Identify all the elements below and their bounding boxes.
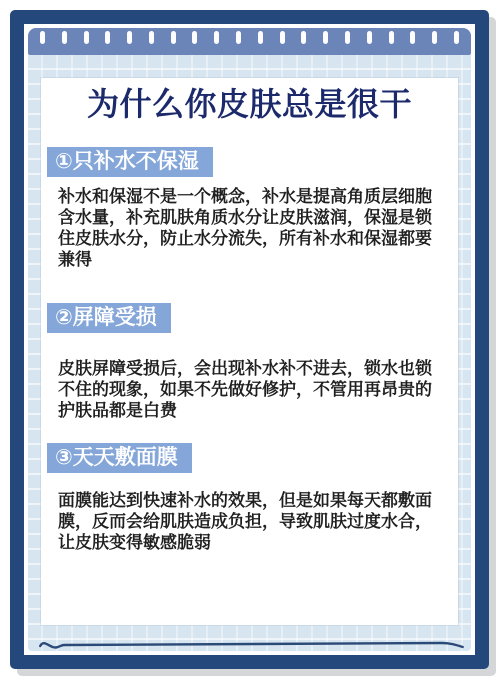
binding-loop-icon <box>192 31 197 44</box>
section-body: 皮肤屏障受损后，会出现补水补不进去，锁水也锁不住的现象，如果不先做好修护，不管用… <box>58 358 446 421</box>
section-badge: ①只补水不保湿 <box>47 147 213 177</box>
binding-loop-icon <box>84 31 89 44</box>
section-body: 面膜能达到快速补水的效果，但是如果每天都敷面膜，反而会给肌肤造成负担，导致肌肤过… <box>58 490 446 553</box>
binding-loop-icon <box>149 31 154 44</box>
binding-loop-icon <box>40 31 45 44</box>
binding-loop-icon <box>301 31 306 44</box>
binding-loop-icon <box>214 31 219 44</box>
page-title: 为什么你皮肤总是很干 <box>41 86 458 122</box>
binding-loop-icon <box>171 31 176 44</box>
poster-card: 为什么你皮肤总是很干 ①只补水不保湿 补水和保湿不是一个概念，补水是提高角质层细… <box>10 10 489 669</box>
notepad-page: 为什么你皮肤总是很干 ①只补水不保湿 补水和保湿不是一个概念，补水是提高角质层细… <box>28 28 471 651</box>
binding-loop-icon <box>410 31 415 44</box>
screenshot-root: { "page": { "title": "为什么你皮肤总是很干", "sect… <box>0 0 500 683</box>
binding-loop-icon <box>345 31 350 44</box>
binding-loop-icon <box>105 31 110 44</box>
section-daily-masks: ③天天敷面膜 面膜能达到快速补水的效果，但是如果每天都敷面膜，反而会给肌肤造成负… <box>41 443 458 553</box>
section-damaged-barrier: ②屏障受损 皮肤屏障受损后，会出现补水补不进去，锁水也锁不住的现象，如果不先做好… <box>41 303 458 421</box>
binding-loop-icon <box>454 31 459 44</box>
binding-loop-icon <box>432 31 437 44</box>
section-body: 补水和保湿不是一个概念，补水是提高角质层细胞含水量，补充肌肤角质水分让皮肤滋润，… <box>58 186 446 270</box>
section-badge: ②屏障受损 <box>47 303 171 333</box>
binding-loop-icon <box>323 31 328 44</box>
binding-loop-icon <box>236 31 241 44</box>
sheet-bottom-edge-line <box>32 637 475 651</box>
spiral-binding <box>28 28 471 55</box>
binding-loop-icon <box>258 31 263 44</box>
content-panel: 为什么你皮肤总是很干 ①只补水不保湿 补水和保湿不是一个概念，补水是提高角质层细… <box>41 78 458 625</box>
section-badge: ③天天敷面膜 <box>47 443 192 473</box>
section-hydration-vs-moisturizing: ①只补水不保湿 补水和保湿不是一个概念，补水是提高角质层细胞含水量，补充肌肤角质… <box>41 147 458 270</box>
binding-loop-icon <box>389 31 394 44</box>
binding-loop-icon <box>127 31 132 44</box>
binding-loop-icon <box>62 31 67 44</box>
binding-loop-icon <box>280 31 285 44</box>
ruled-sheet: 为什么你皮肤总是很干 ①只补水不保湿 补水和保湿不是一个概念，补水是提高角质层细… <box>28 55 471 651</box>
binding-loop-icon <box>367 31 372 44</box>
